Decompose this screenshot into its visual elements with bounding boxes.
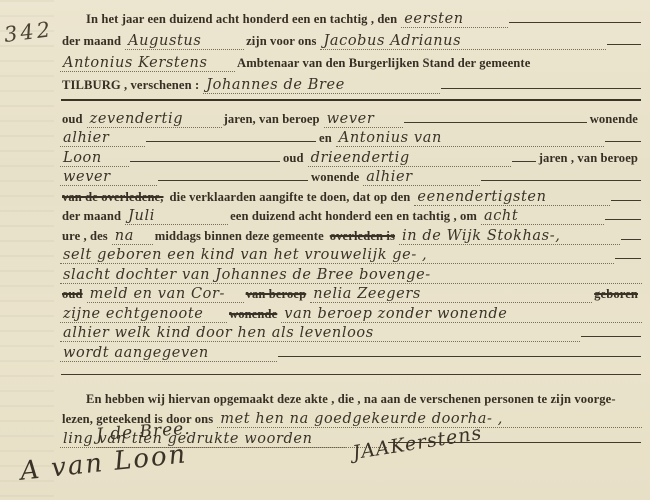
- fill-rule: [61, 99, 641, 101]
- printed-text: die verklaarden aangifte te doen, dat op…: [168, 190, 415, 206]
- handwritten-text: Jacobus Adrianus: [320, 33, 606, 50]
- handwritten-text: alhier welk kind door hen als levenloos: [60, 325, 580, 342]
- fill-rule: [605, 141, 641, 142]
- fill-rule: [615, 258, 641, 259]
- death-certificate-page: 342 In het jaar een duizend acht honderd…: [0, 0, 650, 500]
- printed-text: oud: [281, 151, 308, 167]
- printed-text: In het jaar een duizend acht honderd een…: [84, 12, 401, 28]
- handwritten-text: alhier: [60, 130, 145, 147]
- document-line: selt geboren een kind van het vrouwelijk…: [60, 245, 642, 265]
- fill-rule: [512, 161, 536, 162]
- handwritten-text: Augustus: [125, 33, 244, 50]
- handwritten-text: wever: [324, 111, 403, 128]
- handwritten-text: nelia Zeegers: [310, 286, 592, 303]
- printed-text: der maand: [60, 34, 125, 50]
- fill-rule: [441, 88, 641, 89]
- handwritten-text: Loon: [60, 150, 129, 167]
- document-line: En hebben wij hiervan opgemaakt deze akt…: [60, 388, 642, 408]
- handwritten-text: Juli: [125, 208, 228, 225]
- document-line: zijne echtgenootewonendevan beroep zonde…: [60, 303, 642, 323]
- printed-text: der maand: [60, 209, 125, 225]
- document-line: der maandAugustuszijn voor onsJacobus Ad…: [60, 28, 642, 50]
- printed-text: jaren, van beroep: [222, 112, 324, 128]
- printed-text: oud: [60, 287, 87, 303]
- act-number: 342: [3, 17, 55, 47]
- document-line: wordt aangegeven: [60, 342, 642, 362]
- printed-text: zijn voor ons: [244, 34, 320, 50]
- handwritten-text: zevendertig: [87, 111, 222, 128]
- handwritten-text: acht: [481, 208, 604, 225]
- fill-rule: [158, 180, 308, 181]
- handwritten-text: eenendertigsten: [414, 189, 610, 206]
- document-line: van de overledene,die verklaarden aangif…: [60, 186, 642, 206]
- document-line: Loonouddrieendertigjaren , van beroep: [60, 147, 642, 167]
- handwritten-text: Antonius van: [336, 130, 604, 147]
- document-line: slacht dochter van Johannes de Bree bove…: [60, 264, 642, 284]
- handwritten-text: met hen na goedgekeurde doorha- ,: [217, 411, 642, 428]
- handwritten-text: Johannes de Bree: [203, 77, 440, 94]
- handwritten-text: selt geboren een kind van het vrouwelijk…: [60, 247, 614, 264]
- document-line: oudzevendertigjaren, van beroepweverwone…: [60, 108, 642, 128]
- handwritten-text: na: [112, 228, 153, 245]
- document-line: Antonius KerstensAmbtenaar van den Burge…: [60, 50, 642, 72]
- document-line: oudmeld en van Cor-van beroepnelia Zeege…: [60, 284, 642, 304]
- handwritten-text: wever: [60, 169, 157, 186]
- handwritten-text: meld en van Cor-: [87, 286, 244, 303]
- printed-text: Ambtenaar van den Burgerlijken Stand der…: [235, 56, 534, 72]
- fill-rule: [607, 44, 641, 45]
- printed-text: overleden is: [328, 229, 399, 245]
- handwritten-text: slacht dochter van Johannes de Bree bove…: [60, 267, 642, 284]
- fill-rule: [605, 219, 641, 220]
- document-line: der maandJulieen duizend acht honderd ee…: [60, 206, 642, 226]
- fill-rule: [61, 374, 641, 375]
- handwritten-text: in de Wijk Stokhas-,: [399, 228, 620, 245]
- printed-text: jaren , van beroep: [537, 151, 642, 167]
- handwritten-text: zijne echtgenoote: [60, 306, 227, 323]
- printed-text: ure , des: [60, 229, 112, 245]
- fill-rule: [130, 161, 280, 162]
- document-line: TILBURG , verschenen :Johannes de Bree: [60, 72, 642, 94]
- handwritten-text: eersten: [401, 11, 508, 28]
- printed-text: wonende: [588, 112, 642, 128]
- fill-rule: [581, 336, 641, 337]
- handwritten-text: van beroep zonder wonende: [281, 306, 642, 323]
- document-line: alhier welk kind door hen als levenloos: [60, 323, 642, 343]
- printed-text: middags binnen deze gemeente: [153, 229, 328, 245]
- printed-text: wonende: [309, 170, 363, 186]
- fill-rule: [621, 239, 641, 240]
- fill-rule: [146, 141, 316, 142]
- document-line: alhierenAntonius van: [60, 128, 642, 148]
- handwritten-text: Antonius Kerstens: [60, 55, 235, 72]
- handwritten-text: alhier: [363, 169, 480, 186]
- printed-text: van de overledene,: [60, 190, 168, 206]
- printed-text: wonende: [227, 307, 281, 323]
- document-line: In het jaar een duizend acht honderd een…: [60, 6, 642, 28]
- document-line: weverwonendealhier: [60, 167, 642, 187]
- document-line: [60, 368, 642, 380]
- handwritten-text: wordt aangegeven: [60, 345, 277, 362]
- printed-text: oud: [60, 112, 87, 128]
- fill-rule: [509, 22, 641, 23]
- printed-text: en: [317, 131, 336, 147]
- handwritten-text: drieendertig: [308, 150, 511, 167]
- document-lines: In het jaar een duizend acht honderd een…: [60, 6, 642, 448]
- document-line: ure , desnamiddags binnen deze gemeenteo…: [60, 225, 642, 245]
- printed-text: En hebben wij hiervan opgemaakt deze akt…: [84, 392, 620, 408]
- printed-text: een duizend acht honderd een en tachtig …: [228, 209, 481, 225]
- printed-text: TILBURG , verschenen :: [60, 78, 203, 94]
- printed-text: van beroep: [244, 287, 311, 303]
- fill-rule: [611, 200, 641, 201]
- fill-rule: [481, 180, 641, 181]
- fill-rule: [404, 122, 587, 123]
- printed-text: geboren: [592, 287, 642, 303]
- document-line: [60, 94, 642, 104]
- fill-rule: [278, 356, 641, 357]
